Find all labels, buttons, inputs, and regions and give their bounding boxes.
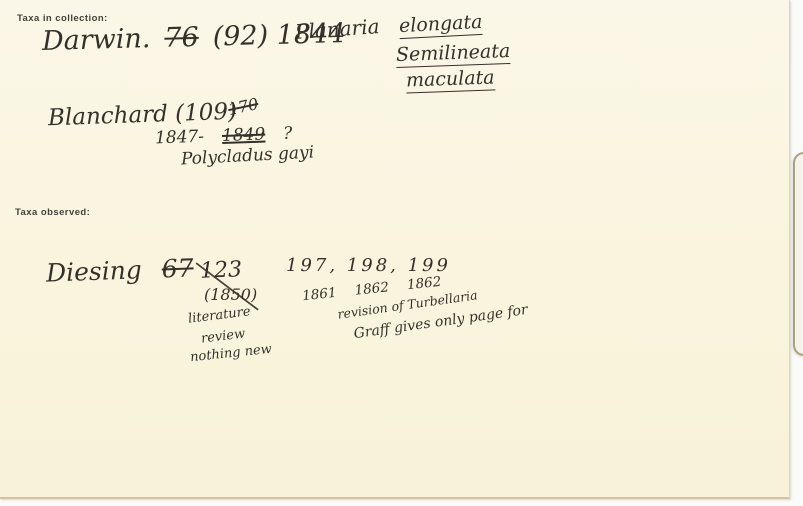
diesing-crossed-number: 67 bbox=[161, 255, 194, 281]
note-literature: literature bbox=[187, 305, 251, 326]
diesing-author: Diesing bbox=[46, 257, 143, 285]
genus-name: Planaria bbox=[294, 16, 380, 42]
blanchard-entry: Blanchard (109) bbox=[48, 101, 238, 131]
note-review: review bbox=[200, 327, 245, 345]
species-name: elongata bbox=[398, 11, 483, 39]
darwin-crossed-number: 76 bbox=[164, 24, 199, 52]
species-maculata: maculata bbox=[406, 68, 495, 90]
taxa-in-collection-label: Taxa in collection: bbox=[17, 13, 108, 24]
species-name: maculata bbox=[406, 66, 495, 93]
species-elongata: elongata bbox=[399, 13, 483, 36]
taxon-polycladus-gayi: Polycladus gayi bbox=[181, 145, 315, 169]
scanned-card-page: Taxa in collection: Darwin. 76 (92) 1844… bbox=[0, 0, 803, 506]
blanchard-crossed-number: 170 bbox=[227, 96, 260, 118]
diesing-entry: Diesing 67 bbox=[46, 255, 194, 285]
crossed-number: 170 bbox=[226, 94, 260, 119]
species-semilineata: Semilineata bbox=[396, 42, 511, 65]
darwin-author: Darwin. bbox=[42, 25, 151, 55]
species-name: Semilineata bbox=[396, 40, 511, 68]
taxa-observed-label: Taxa observed: bbox=[15, 207, 90, 218]
date-kept: 1847- bbox=[155, 129, 205, 148]
date-crossed: 1849 bbox=[222, 127, 266, 145]
card-behind-tab-edge bbox=[793, 152, 803, 356]
page-numbers: 197, 198, 199 bbox=[286, 257, 451, 275]
date-query: ? bbox=[283, 126, 293, 143]
index-card: Taxa in collection: Darwin. 76 (92) 1844… bbox=[0, 0, 790, 499]
year-1850: (1850) bbox=[204, 287, 257, 303]
